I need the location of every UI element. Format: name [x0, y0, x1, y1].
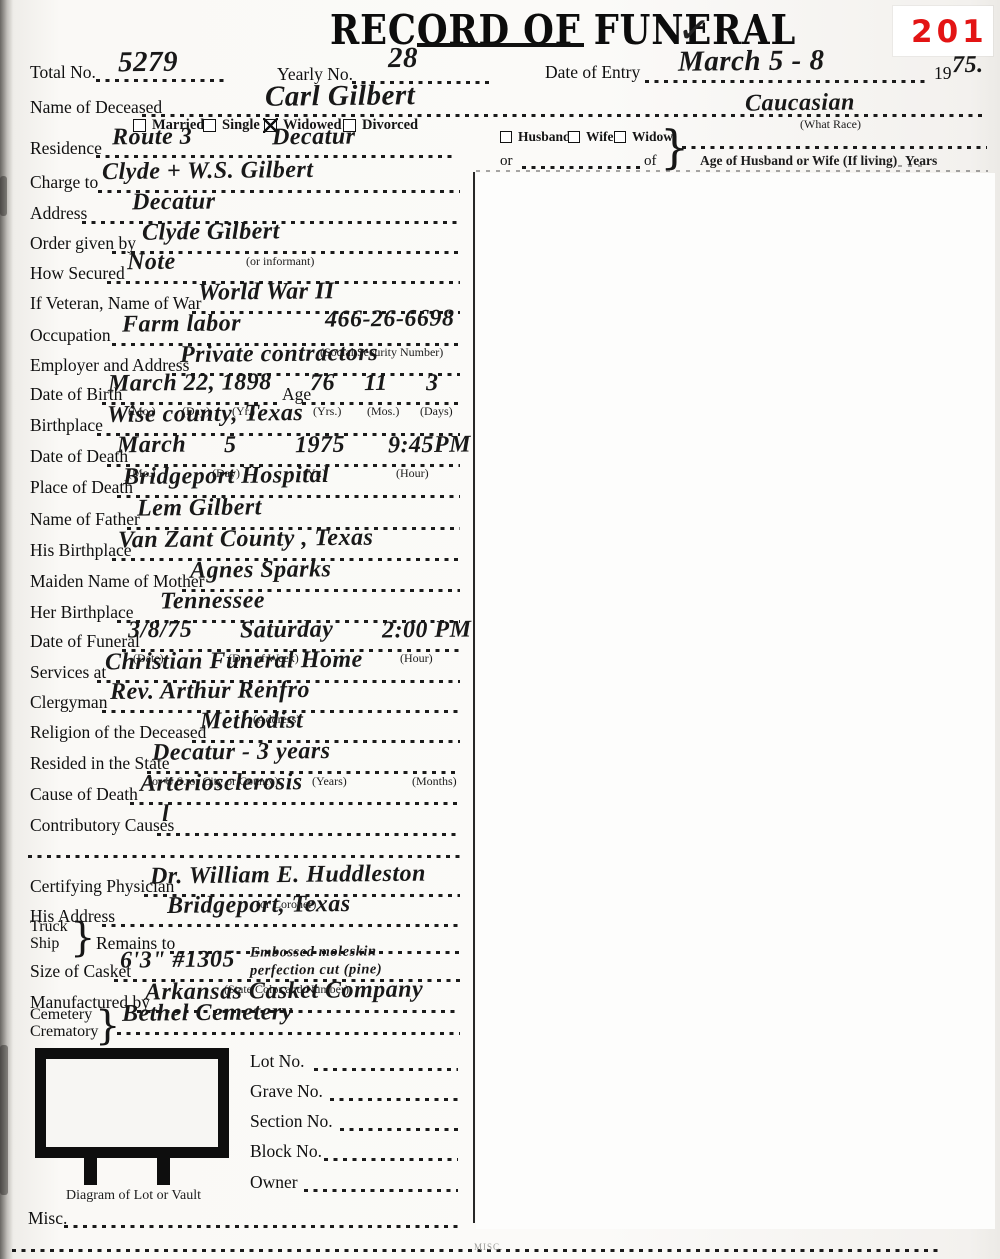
age-days-value: 3: [426, 370, 439, 397]
race-value: Caucasian: [745, 89, 855, 117]
diagram-leg: [84, 1156, 97, 1185]
checkbox-icon: [500, 131, 512, 143]
cause-of-death-value: Arteriosclerosis: [140, 769, 303, 798]
ship-label: Ship: [30, 935, 59, 953]
charge-to-label: Charge to: [30, 172, 98, 193]
services-at-label: Services at: [30, 662, 106, 683]
dotted-line: [324, 1158, 458, 1161]
death-hour-value: 9:45PM: [388, 432, 471, 460]
faint-rule: [476, 170, 988, 172]
dotted-line: [314, 1068, 458, 1071]
date-of-entry-label: Date of Entry: [545, 62, 640, 83]
cause-of-death-label: Cause of Death: [30, 784, 138, 805]
lot-vault-diagram: [35, 1048, 229, 1158]
or-label: or: [500, 153, 513, 170]
dotted-line: [64, 1225, 462, 1228]
yearly-no-value: 28: [388, 42, 418, 75]
dotted-line: [102, 924, 460, 927]
dotted-line: [96, 79, 228, 82]
residence-label: Residence: [30, 138, 102, 159]
checkbox-wife: Wife: [568, 129, 614, 145]
casket-value: 6'3" #1305: [120, 946, 235, 974]
checkbox-single: Single: [203, 117, 260, 134]
occupation-label: Occupation: [30, 325, 111, 346]
owner-label: Owner: [250, 1172, 298, 1193]
mos-sublabel: (Mos.): [367, 404, 399, 419]
physician-value: Dr. William E. Huddleston: [150, 861, 426, 891]
age-of-spouse-label: Age of Husband or Wife (If living): [700, 153, 897, 169]
of-label: of: [644, 153, 657, 170]
years-label: Years: [905, 153, 937, 169]
occupation-value: Farm labor: [122, 310, 241, 338]
months-sublabel: (Months): [412, 774, 457, 789]
diagram-leg: [157, 1156, 170, 1185]
order-given-by-value: Clyde Gilbert: [142, 218, 280, 246]
funeral-hour-value: 2:00 PM: [382, 617, 472, 645]
checkbox-icon: [614, 131, 626, 143]
scanned-funeral-record-page: RECORD OF FUNERAL ✓ 201 Total No. 5279 Y…: [0, 0, 1000, 1259]
father-value: Lem Gilbert: [137, 494, 262, 522]
dotted-line: [117, 1032, 460, 1035]
total-no-value: 5279: [118, 46, 178, 80]
remains-brace: }: [70, 918, 95, 958]
title-underline: [417, 43, 584, 47]
resided-value: Decatur - 3 years: [152, 738, 331, 767]
residence-value2: Decatur: [272, 124, 356, 152]
checkbox-icon: [568, 131, 580, 143]
dotted-line: [304, 1189, 458, 1192]
casket-note-line1: Embossed moleskin: [250, 943, 377, 961]
death-year-value: 1975: [295, 432, 345, 460]
dotted-line: [522, 166, 640, 169]
how-secured-value: Note: [127, 249, 176, 277]
mother-birthplace-value: Tennessee: [160, 587, 265, 615]
faint-misc-text: MISC.: [474, 1242, 503, 1252]
clergyman-value: Rev. Arthur Renfro: [110, 677, 310, 706]
cemetery-value: Bethel Cemetery: [122, 999, 293, 1028]
checkbox-icon: [203, 119, 216, 132]
veteran-war-value: World War II: [198, 278, 335, 306]
dotted-line: [645, 80, 930, 83]
age-years-value: 76: [310, 370, 335, 397]
total-no-label: Total No.: [30, 62, 96, 83]
misc-label: Misc.: [28, 1208, 67, 1229]
diagram-caption: Diagram of Lot or Vault: [66, 1188, 201, 1204]
dotted-line: [157, 833, 460, 836]
religion-value: Methodist: [200, 707, 303, 735]
father-birthplace-value: Van Zant County , Texas: [118, 525, 374, 555]
hour-sublabel: (Hour): [400, 651, 433, 666]
race-sublabel: (What Race): [800, 117, 861, 132]
funeral-date-value: 3/8/75: [128, 617, 193, 645]
year-prefix: 19: [934, 63, 952, 84]
years-sublabel: (Years): [312, 774, 347, 789]
checkbox-label: Wife: [586, 129, 614, 145]
contributory-label: Contributory Causes: [30, 815, 174, 836]
lot-no-label: Lot No.: [250, 1051, 304, 1072]
page-number: 201: [911, 14, 988, 50]
ssn-value: 466-26-6698: [325, 305, 455, 333]
block-no-label: Block No.: [250, 1141, 322, 1162]
physician-address-value: Bridgeport, Texas: [167, 891, 351, 920]
cemetery-brace: }: [95, 1006, 120, 1046]
death-month-value: March: [117, 432, 186, 460]
year-value: 75.: [952, 52, 984, 79]
cemetery-label: Cemetery: [30, 1006, 92, 1024]
funeral-day-value: Saturday: [240, 617, 334, 645]
address-value: Decatur: [132, 189, 216, 217]
days-sublabel: (Days): [420, 404, 453, 419]
checkbox-label: Husband: [518, 129, 571, 145]
death-day-value: 5: [224, 432, 237, 459]
employer-value: Private contractors: [180, 340, 378, 369]
services-at-value: Christian Funeral Home: [105, 647, 363, 677]
name-of-deceased-value: Carl Gilbert: [265, 79, 416, 114]
place-of-death-value: Bridgeport Hospital: [123, 462, 329, 491]
charge-to-value: Clyde + W.S. Gilbert: [102, 157, 314, 186]
checkbox-husband: Husband: [500, 129, 571, 145]
address-label: Address: [30, 203, 87, 224]
hour-sublabel: (Hour): [396, 466, 429, 481]
column-divider: [473, 172, 475, 1223]
right-blank-panel: [476, 173, 995, 1229]
scan-smudge: [0, 1045, 8, 1195]
scan-smudge: [0, 176, 7, 216]
residence-value1: Route 3: [112, 124, 192, 152]
dotted-line: [682, 146, 987, 149]
dotted-line: [340, 1128, 458, 1131]
contributory-value: l: [162, 801, 169, 828]
crematory-label: Crematory: [30, 1023, 98, 1041]
truck-label: Truck: [30, 918, 68, 936]
age-months-value: 11: [364, 370, 388, 397]
dotted-line: [330, 1098, 458, 1101]
section-no-label: Section No.: [250, 1111, 333, 1132]
clergyman-label: Clergyman: [30, 692, 107, 713]
or-informant-sublabel: (or informant): [246, 254, 314, 269]
date-of-entry-value: March 5 - 8: [678, 44, 825, 79]
birthplace-label: Birthplace: [30, 415, 103, 436]
checkbox-label: Divorced: [362, 117, 418, 134]
grave-no-label: Grave No.: [250, 1081, 323, 1102]
separator-dotted-line: [28, 855, 462, 858]
dotted-line: [130, 802, 460, 805]
mother-value: Agnes Sparks: [190, 556, 332, 584]
date-of-birth-value: March 22, 1898: [108, 369, 272, 398]
yrs-sublabel: (Yrs.): [313, 404, 341, 419]
checkbox-label: Single: [222, 117, 260, 134]
birthplace-value: Wise county, Texas: [107, 400, 304, 429]
